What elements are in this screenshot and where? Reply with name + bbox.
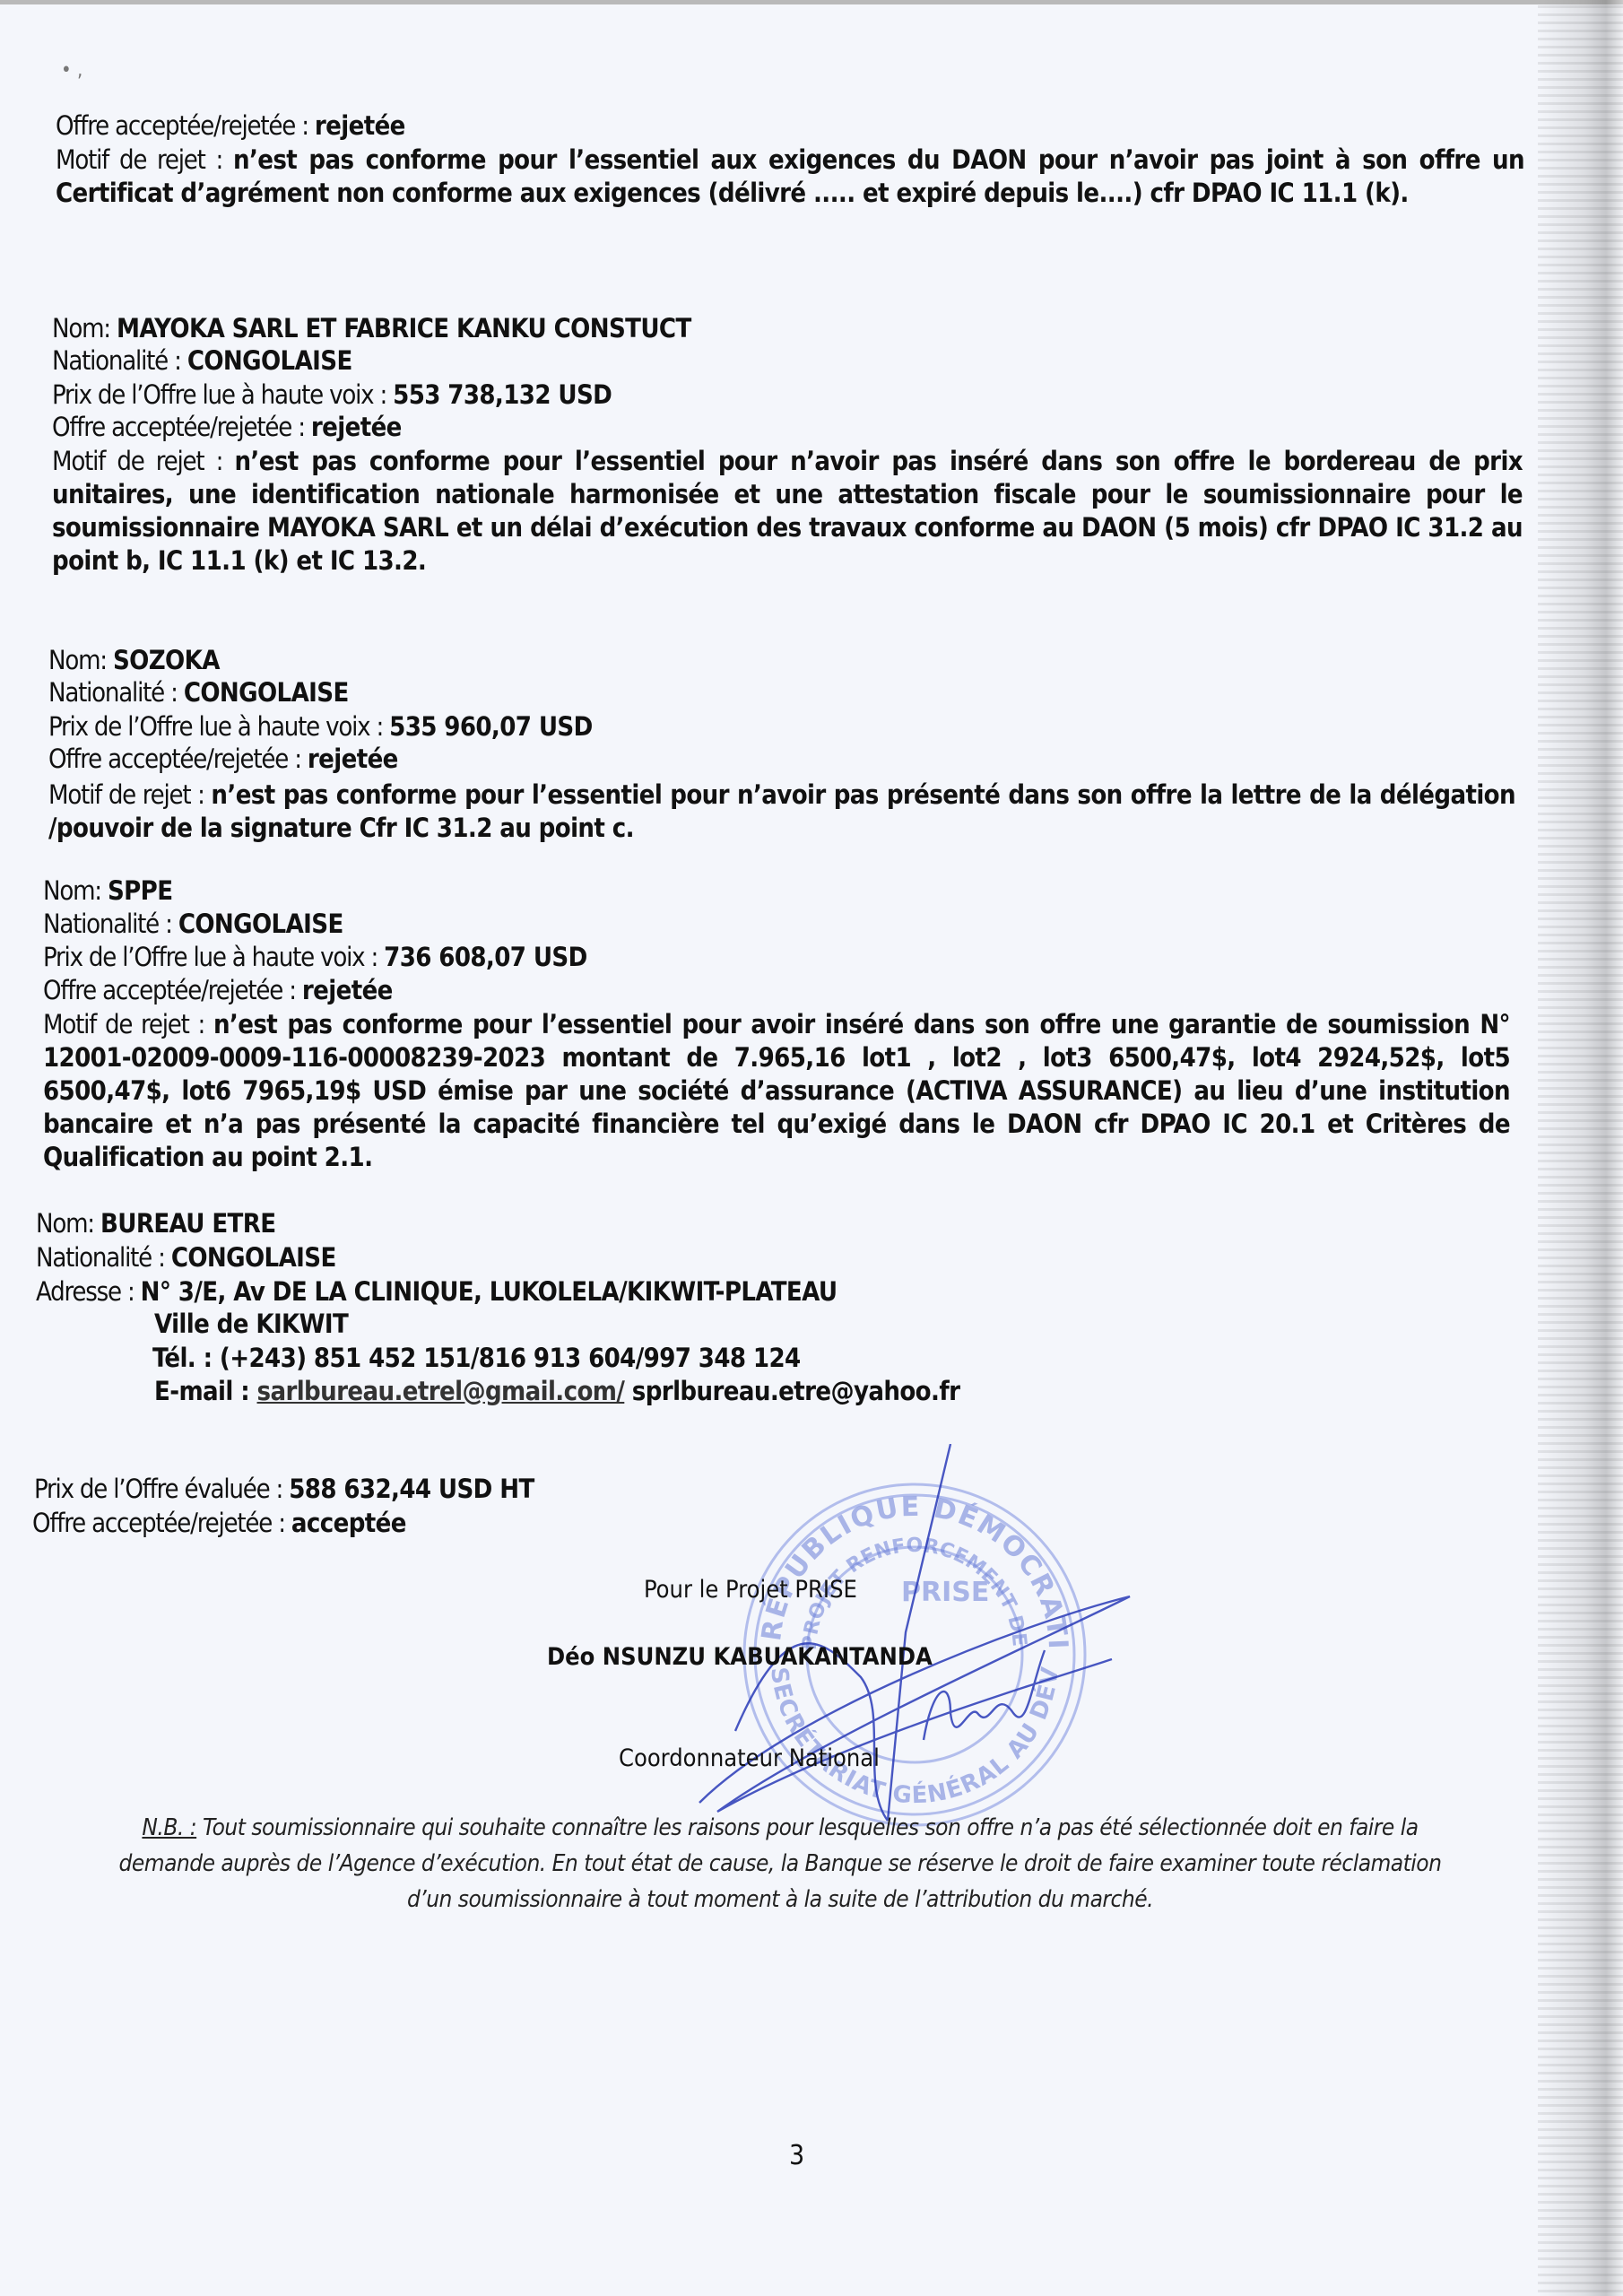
nationality-row: Nationalité : CONGOLAISE xyxy=(43,908,343,940)
signatory-name: Déo NSUNZU KABUAKANTANDA xyxy=(547,1643,933,1671)
rejection-reason: Motif de rejet : n’est pas conforme pour… xyxy=(52,445,1523,578)
status-row: Offre acceptée/rejetée : acceptée xyxy=(32,1507,406,1539)
address-row: Adresse : N° 3/E, Av DE LA CLINIQUE, LUK… xyxy=(36,1275,837,1308)
reason-label: Motif de rejet : xyxy=(52,446,234,476)
status-value: rejetée xyxy=(308,744,398,774)
email-link-gmail[interactable]: sarlbureau.etrel@gmail.com/ xyxy=(257,1376,625,1406)
reason-text: n’est pas conforme pour l’essentiel pour… xyxy=(48,779,1515,843)
nationality-row: Nationalité : CONGOLAISE xyxy=(36,1241,336,1274)
reason-label: Motif de rejet : xyxy=(43,1009,213,1039)
signature-for-project: Pour le Projet PRISE xyxy=(644,1576,857,1604)
reason-text: n’est pas conforme pour l’essentiel pour… xyxy=(52,446,1523,576)
price-label: Prix de l’Offre lue à haute voix : xyxy=(48,711,389,742)
email-row: E-mail : sarlbureau.etrel@gmail.com/ spr… xyxy=(154,1375,959,1407)
bidder-name-row: Nom: BUREAU ETRE xyxy=(36,1207,275,1239)
status-value: acceptée xyxy=(291,1508,406,1538)
status-value: rejetée xyxy=(302,975,393,1005)
scan-top-edge xyxy=(0,0,1623,4)
name-label: Nom: xyxy=(48,645,113,675)
name-label: Nom: xyxy=(43,875,108,906)
reason-label: Motif de rejet : xyxy=(56,144,233,175)
reason-text: n’est pas conforme pour l’essentiel pour… xyxy=(43,1009,1510,1172)
nationality-row: Nationalité : CONGOLAISE xyxy=(52,344,352,377)
status-row: Offre acceptée/rejetée : rejetée xyxy=(56,109,405,142)
nationality-label: Nationalité : xyxy=(43,909,178,939)
bidder-name: MAYOKA SARL ET FABRICE KANKU CONSTUCT xyxy=(117,313,691,344)
price-value: 736 608,07 USD xyxy=(384,942,587,972)
nationality-label: Nationalité : xyxy=(48,677,184,708)
nationality-row: Nationalité : CONGOLAISE xyxy=(48,676,349,709)
email-label: E-mail : xyxy=(154,1376,257,1406)
nationality-label: Nationalité : xyxy=(52,345,187,376)
status-row: Offre acceptée/rejetée : rejetée xyxy=(43,974,393,1006)
status-value: rejetée xyxy=(315,110,405,141)
rejection-reason: Motif de rejet : n’est pas conforme pour… xyxy=(48,778,1515,845)
nationality-value: CONGOLAISE xyxy=(184,677,349,708)
price-value: 535 960,07 USD xyxy=(389,711,593,742)
rejection-reason: Motif de rejet : n’est pas conforme pour… xyxy=(43,1008,1510,1174)
page-number: 3 xyxy=(789,2140,804,2171)
price-row: Prix de l’Offre lue à haute voix : 736 6… xyxy=(43,941,587,973)
email-yahoo: sprlbureau.etre@yahoo.fr xyxy=(624,1376,959,1406)
status-label: Offre acceptée/rejetée : xyxy=(32,1508,291,1538)
bidder-name-row: Nom: MAYOKA SARL ET FABRICE KANKU CONSTU… xyxy=(52,312,691,344)
status-value: rejetée xyxy=(311,412,402,442)
nationality-value: CONGOLAISE xyxy=(178,909,343,939)
footnote-line-2: demande auprès de l’Agence d’exécution. … xyxy=(54,1846,1506,1882)
price-label: Prix de l’Offre lue à haute voix : xyxy=(43,942,384,972)
footnote: N.B. : Tout soumissionnaire qui souhaite… xyxy=(54,1810,1506,1918)
footnote-line-3: d’un soumissionnaire à tout moment à la … xyxy=(54,1882,1506,1918)
evaluated-price-row: Prix de l’Offre évaluée : 588 632,44 USD… xyxy=(34,1473,534,1505)
scan-artifact-right-edge xyxy=(1538,0,1623,2296)
signatory-title: Coordonnateur National xyxy=(619,1744,880,1772)
nationality-label: Nationalité : xyxy=(36,1242,171,1273)
status-label: Offre acceptée/rejetée : xyxy=(56,110,315,141)
status-label: Offre acceptée/rejetée : xyxy=(43,975,302,1005)
bidder-name-row: Nom: SOZOKA xyxy=(48,644,220,676)
status-label: Offre acceptée/rejetée : xyxy=(52,412,311,442)
price-value: 553 738,132 USD xyxy=(393,379,612,410)
official-stamp-icon: RÉPUBLIQUE DÉMOCRATIQUE DU CONGO PROJET … xyxy=(681,1444,1148,1839)
bidder-name: SPPE xyxy=(108,875,172,906)
bidder-name-row: Nom: SPPE xyxy=(43,874,172,907)
price-label: Prix de l’Offre lue à haute voix : xyxy=(52,379,393,410)
name-label: Nom: xyxy=(36,1208,100,1239)
phone-numbers: Tél. : (+243) 851 452 151/816 913 604/99… xyxy=(152,1342,801,1374)
status-row: Offre acceptée/rejetée : rejetée xyxy=(52,411,402,443)
address-line-1: N° 3/E, Av DE LA CLINIQUE, LUKOLELA/KIKW… xyxy=(141,1276,838,1307)
nationality-value: CONGOLAISE xyxy=(187,345,352,376)
footnote-prefix: N.B. : xyxy=(142,1814,196,1841)
nationality-value: CONGOLAISE xyxy=(171,1242,336,1273)
rejection-reason: Motif de rejet : n’est pas conforme pour… xyxy=(56,143,1524,210)
price-row: Prix de l’Offre lue à haute voix : 553 7… xyxy=(52,378,612,411)
reason-label: Motif de rejet : xyxy=(48,779,211,810)
evaluated-price-value: 588 632,44 USD HT xyxy=(289,1474,534,1504)
status-row: Offre acceptée/rejetée : rejetée xyxy=(48,743,398,775)
name-label: Nom: xyxy=(52,313,117,344)
reason-text: n’est pas conforme pour l’essentiel aux … xyxy=(56,144,1524,208)
status-label: Offre acceptée/rejetée : xyxy=(48,744,308,774)
footnote-line-1: N.B. : Tout soumissionnaire qui souhaite… xyxy=(54,1810,1506,1846)
svg-text:PROJET RENFORCEMENT DES INFRAS: PROJET RENFORCEMENT DES INFRASTRUCTURES xyxy=(681,1444,1030,1651)
bidder-name: BUREAU ETRE xyxy=(100,1208,276,1239)
price-row: Prix de l’Offre lue à haute voix : 535 9… xyxy=(48,710,593,743)
address-label: Adresse : xyxy=(36,1276,141,1307)
address-line-2: Ville de KIKWIT xyxy=(154,1308,348,1340)
bidder-name: SOZOKA xyxy=(113,645,220,675)
evaluated-price-label: Prix de l’Offre évaluée : xyxy=(34,1474,289,1504)
scan-speck: • , xyxy=(61,59,82,82)
